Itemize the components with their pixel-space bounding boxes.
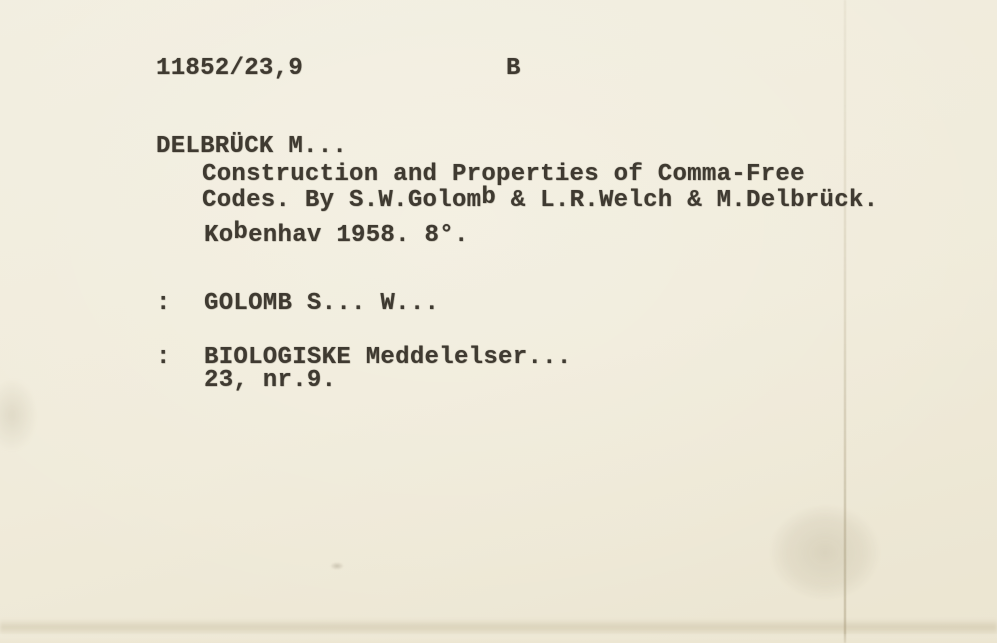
raised-letter: b [233,219,248,246]
title-line-1: Construction and Properties of Comma-Fre… [202,162,805,188]
added-entry-separator: : [156,345,171,371]
call-number: 11852/23,9 [156,56,303,82]
title-line-2-text: Codes. By S.W.Golom [202,187,481,214]
catalog-card: 11852/23,9 B DELBRÜCK M... Construction … [0,0,997,643]
imprint-text: enhav 1958. 8°. [248,222,469,249]
added-entry-series-number: 23, nr.9. [204,368,336,394]
added-entry-name: GOLOMB S... W... [204,291,439,317]
smudge-mark [770,505,880,600]
title-line-2-text: & L.R.Welch & M.Delbrück. [496,187,878,214]
title-line-2: Codes. By S.W.Golomb & L.R.Welch & M.Del… [202,188,878,214]
smudge-mark [0,378,38,452]
raised-letter: b [481,184,496,211]
imprint-text: Ko [204,222,233,249]
main-entry-heading: DELBRÜCK M... [156,134,347,160]
section-letter: B [506,56,521,82]
imprint-line: Kobenhav 1958. 8°. [204,223,469,249]
speck-mark [330,562,344,570]
added-entry-separator: : [156,291,171,317]
card-bottom-edge [0,634,997,643]
card-bottom-shadow [0,619,997,634]
